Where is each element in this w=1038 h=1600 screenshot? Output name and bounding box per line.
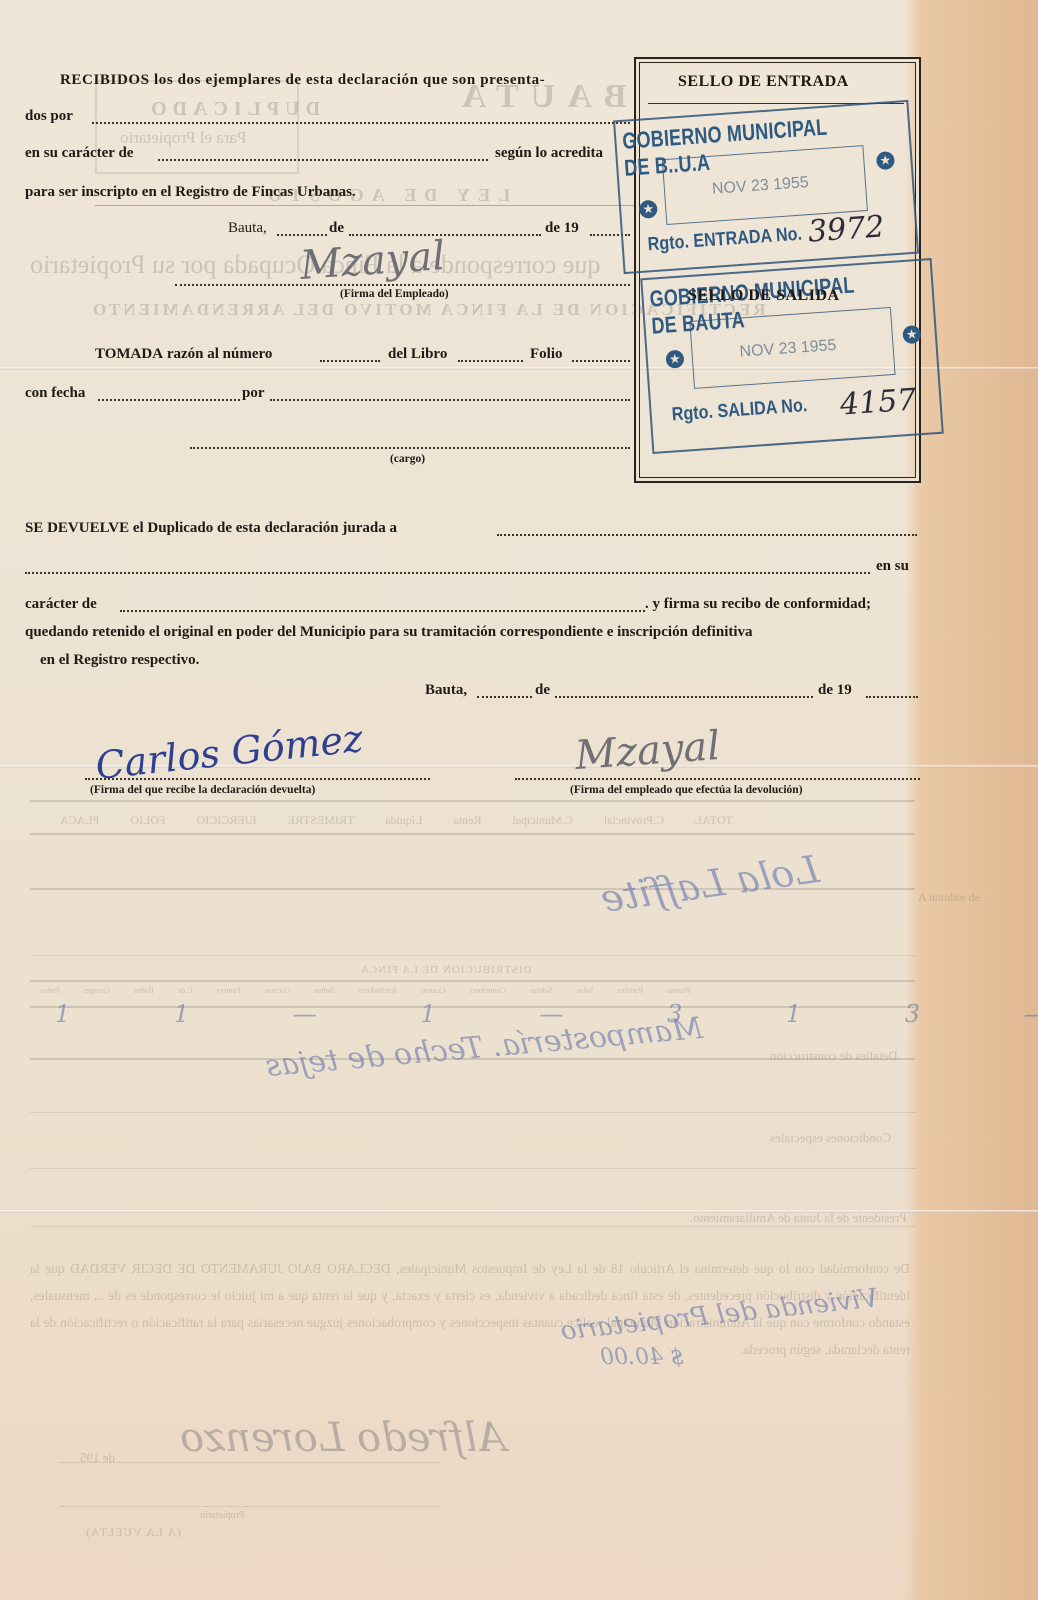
entrada-rubber-stamp: GOBIERNO MUNICIPAL DE B..U.A ★ ★ NOV 23 … [613,100,919,274]
bauta-label-1: Bauta, [228,220,267,237]
registro-line: para ser inscripto en el Registro de Fin… [25,184,356,201]
folio-label: Folio [530,346,563,363]
ghost-pago-table-header: TOTAL C.Provincial C.Municipal Renta Líq… [60,813,733,828]
dos-por-label: dos por [25,108,73,125]
fecha-field[interactable] [98,399,240,401]
fecha-label: con fecha [25,385,85,402]
ghost-label: A nombre de [918,890,980,905]
ghost-propietario: Para el Propietario [120,128,247,148]
por-field[interactable] [270,399,630,401]
salida-reg-label: Rgto. SALIDA No. [671,395,808,426]
recibidos-line: RECIBIDOS los dos ejemplares de esta dec… [60,72,545,89]
tomada-label: TOMADA [95,346,163,362]
date-year-field-2[interactable] [866,696,918,698]
cargo-caption: (cargo) [390,453,425,465]
employee-return-signature: Mzayal [574,723,722,779]
ghost-handwritten-amount: $ 40.00 [600,1345,684,1370]
tomada-line: TOMADA razón al número [95,346,272,363]
date-month-field-1[interactable] [349,234,541,236]
registro-respectivo-text: en el Registro respectivo. [40,652,199,669]
razon-label: razón al número [167,346,273,362]
ghost-line [30,1168,915,1169]
date-month-field-2[interactable] [555,696,813,698]
salida-reg-number: 4157 [839,382,918,422]
ghost-line [30,1112,915,1113]
ghost-propietario-caption: Propietario [200,1510,244,1521]
firma-receptor-caption: (Firma del que recibe la declaración dev… [90,784,315,796]
dos-por-field[interactable] [92,122,630,124]
libro-field[interactable] [458,360,523,362]
devuelve-text: el Duplicado de esta declaración jurada … [133,520,397,536]
document-page: BAUTA DUPLICADO Para el Propietario LEY … [0,0,1038,1600]
caracter-field-2[interactable] [120,610,645,612]
devuelve-label: SE DEVUELVE [25,520,129,536]
caracter-label: en su carácter de [25,145,133,162]
date-de-label-1: de [329,220,344,237]
devuelve-a-field[interactable] [497,534,917,536]
recibidos-text: los dos ejemplares de esta declaración q… [154,72,545,88]
sello-salida-title: SELLO DE SALIDA [688,287,840,305]
divider [95,205,635,206]
ghost-distribucion-headers: Plantas Portales Salas Saletas Comedores… [40,986,690,995]
caracter-field[interactable] [158,159,488,161]
date-de-label-2: de [535,682,550,699]
firma-devolucion-caption: (Firma del empleado que efectúa la devol… [570,784,803,796]
ghost-duplicado: DUPLICADO [145,98,320,121]
acredita-label: según lo acredita [495,145,603,162]
entrada-reg-number: 3972 [807,209,886,249]
date-day-field-2[interactable] [477,696,532,698]
cargo-field[interactable] [190,447,630,449]
ghost-handwritten-name: Lola Laffite [598,847,822,921]
en-su-label: en su [876,558,909,575]
firma-empleado-line[interactable] [175,284,630,286]
ghost-line [30,955,915,956]
date-day-field-1[interactable] [277,234,327,236]
ghost-line [30,1226,915,1227]
date-year-label-1: de 19 [545,220,579,237]
retenido-text: quedando retenido el original en poder d… [25,624,753,641]
firma-devolucion-line[interactable] [515,778,920,780]
ghost-rule [30,800,915,802]
ghost-condiciones-label: Condiciones especiales [770,1130,891,1146]
devuelve-line: SE DEVUELVE el Duplicado de esta declara… [25,520,397,537]
numero-field[interactable] [320,360,380,362]
star-icon: ★ [639,200,658,219]
ghost-distribucion-title: DISTRIBUCION DE LA FINCA [360,964,532,976]
empleado-signature: Mzayal [299,233,447,289]
firma-receptor-line[interactable] [85,778,430,780]
devuelve-name-field[interactable] [25,572,870,574]
paper-crease [0,1210,1038,1213]
firma-empleado-caption: (Firma del Empleado) [340,288,449,300]
star-icon: ★ [876,151,895,170]
ghost-rule [30,833,915,835]
ghost-rule [30,980,915,982]
recibidos-label: RECIBIDOS [60,72,150,88]
ghost-vuelta: (A LA VUELTA) [85,1525,181,1540]
bauta-label-2: Bauta, [425,682,467,699]
sello-entrada-title: SELLO DE ENTRADA [678,73,849,91]
ghost-line [60,1506,440,1507]
conformidad-text: . y firma su recibo de conformidad; [645,596,871,613]
caracter-label-2: carácter de [25,596,97,613]
ghost-line [60,1462,440,1463]
folio-field[interactable] [572,360,630,362]
star-icon: ★ [665,350,684,369]
libro-label: del Libro [388,346,447,363]
por-label: por [242,385,265,402]
entrada-reg-label: Rgto. ENTRADA No. [647,224,803,257]
ghost-detalles-label: Detalles de construcción [770,1048,898,1064]
star-icon: ★ [902,325,921,344]
ghost-fecha-line: de 195 [80,1450,115,1466]
ghost-propietario-signature: Alfredo Lorenzo [180,1415,506,1461]
date-year-label-2: de 19 [818,682,852,699]
